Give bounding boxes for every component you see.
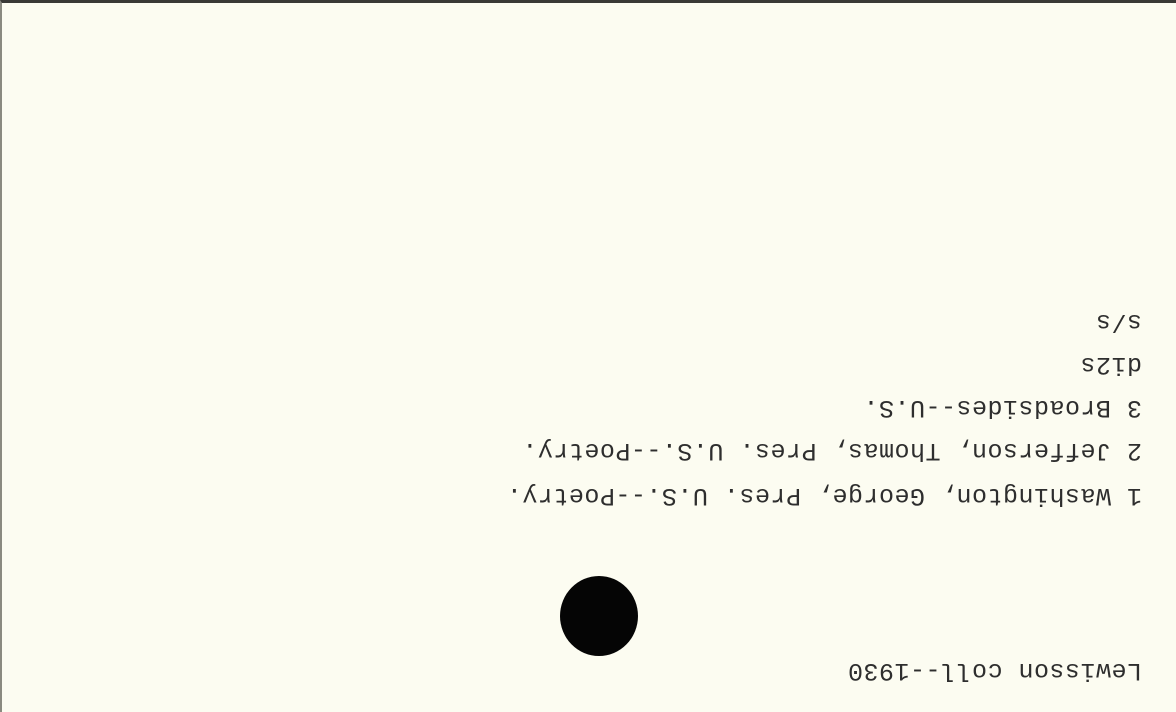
note-1: di2s [1080,349,1142,379]
tracing-1: 1 Washington, George, Pres. U.S.--Poetry… [506,480,1142,510]
punch-hole [560,576,638,656]
tracing-2: 2 Jefferson, Thomas, Pres. U.S.--Poetry. [522,435,1142,465]
note-2: s/s [1095,306,1142,336]
collection-header: Lewisson coll--1930 [847,655,1142,685]
catalog-card: Lewisson coll--1930 1 Washington, George… [0,0,1176,712]
tracing-3: 3 Broadsides--U.S. [863,392,1142,422]
